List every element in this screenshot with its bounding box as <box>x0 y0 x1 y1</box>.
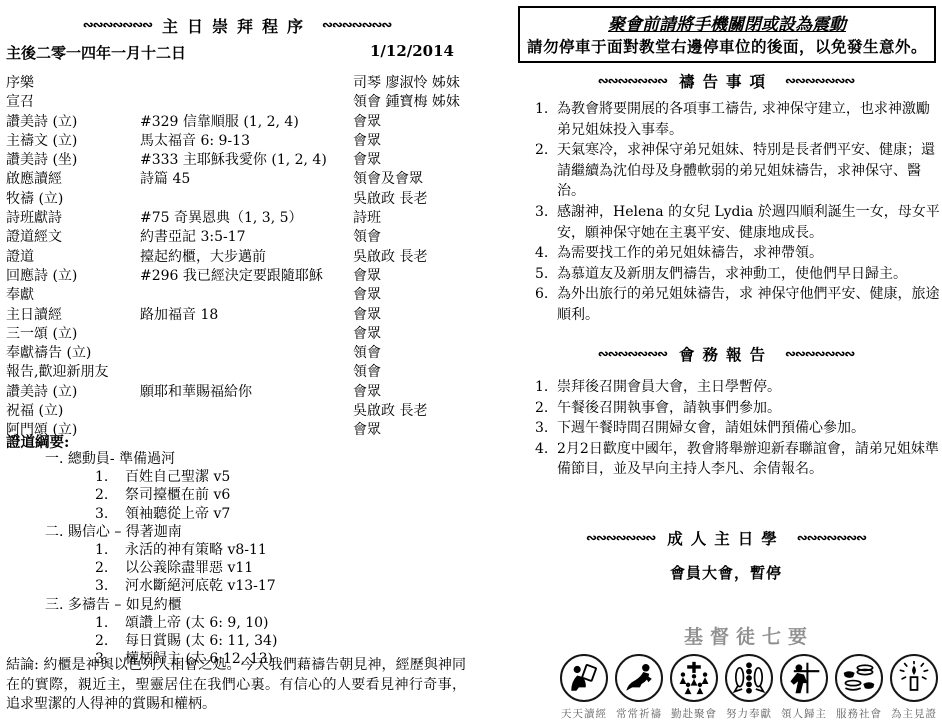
program-detail <box>140 344 353 363</box>
prayer-item: 4.為需要找工作的弟兄姐妹禱告，求神帶領。 <box>512 243 940 264</box>
sunday-school-header-text: 成人主日學 <box>667 527 785 549</box>
outline-subitem-text: 百姓自己聖潔 v5 <box>125 469 230 485</box>
outline-subitem: 2.以公義除盡罪惡 v11 <box>6 559 468 577</box>
program-detail <box>140 421 353 440</box>
witness-icon <box>890 654 938 702</box>
program-row: 牧禱 (立)吳啟政 長老 <box>6 190 468 209</box>
program-item: 宣召 <box>6 93 140 112</box>
sunday-school-note: 會員大會，暫停 <box>512 562 940 583</box>
report-item-number: 3. <box>535 418 557 439</box>
outline-heading: 一. 總動員- 準備過河 <box>6 450 468 468</box>
program-who: 吳啟政 長老 <box>353 190 468 209</box>
sunday-school-header: ∾∾∾∾∾∾∾ 成人主日學 ∾∾∾∾∾∾∾ <box>512 527 940 549</box>
ornament-chain-icon: ∾∾∾∾∾∾∾ <box>83 18 152 33</box>
seven-essential-item: 領人歸主 <box>778 654 830 721</box>
program-row: 祝福 (立)吳啟政 長老 <box>6 402 468 421</box>
prayer-item-number: 2. <box>535 140 557 202</box>
outline-subitem: 1.頌讚上帝 (太 6: 9, 10) <box>6 614 468 632</box>
outline-heading: 三. 多禱告 – 如見約櫃 <box>6 596 468 614</box>
program-row: 讚美詩 (立)#329 信靠順服 (1, 2, 4)會眾 <box>6 113 468 132</box>
program-who: 領會及會眾 <box>353 170 468 189</box>
program-item: 啟應讀經 <box>6 170 140 189</box>
ornament-chain-icon: ∾∾∾∾∾∾∾ <box>785 74 854 89</box>
date-row: 主後二零一四年一月十二日 1/12/2014 <box>6 42 468 63</box>
program-detail: 詩篇 45 <box>140 170 353 189</box>
program-who: 會眾 <box>353 286 468 305</box>
program-detail <box>140 93 353 112</box>
sermon-outline-title: 證道綱要: <box>6 431 69 452</box>
program-detail: 路加福音 18 <box>140 306 353 325</box>
prayer-item-text: 為需要找工作的弟兄姐妹禱告，求神帶領。 <box>557 243 940 264</box>
date-numeric: 1/12/2014 <box>370 42 454 63</box>
outline-subitem-number: 1. <box>95 541 125 559</box>
program-row: 主禱文 (立)馬太福音 6: 9-13會眾 <box>6 132 468 151</box>
program-row: 報告,歡迎新朋友領會 <box>6 363 468 382</box>
report-item-number: 2. <box>535 398 557 419</box>
program-detail: #75 奇異恩典（1, 3, 5） <box>140 209 353 228</box>
ornament-chain-icon: ∾∾∾∾∾∾∾ <box>598 74 667 89</box>
outline-subitem: 3.河水斷絕河底乾 v13-17 <box>6 577 468 595</box>
seven-essential-item: 常常祈禱 <box>613 654 665 721</box>
seven-essential-label: 天天讀經 <box>561 706 607 721</box>
program-detail <box>140 402 353 421</box>
report-item-text: 崇拜後召開會員大會，主日學暫停。 <box>557 377 940 398</box>
outline-subitem-text: 永活的神有策略 v8-11 <box>125 542 267 558</box>
program-item: 祝福 (立) <box>6 402 140 421</box>
service-icon <box>835 654 883 702</box>
parking-notice: 請勿停車于面對教堂右邊停車位的後面，以免發生意外。 <box>524 35 930 57</box>
outline-subitem-text: 領袖聽從上帝 v7 <box>125 506 230 522</box>
program-detail: 馬太福音 6: 9-13 <box>140 132 353 151</box>
program-detail: 約書亞記 3:5-17 <box>140 228 353 247</box>
prayer-item-text: 為慕道友及新朋友們禱告，求神動工，使他們早日歸主。 <box>557 264 940 285</box>
outline-subitem-text: 每日賞賜 (太 6: 11, 34) <box>125 633 277 649</box>
program-row: 讚美詩 (坐)#333 主耶穌我愛你 (1, 2, 4)會眾 <box>6 151 468 170</box>
seven-essential-label: 努力奉獻 <box>726 706 772 721</box>
program-item: 主日讀經 <box>6 306 140 325</box>
program-who: 會眾 <box>353 325 468 344</box>
seven-essential-label: 為主見證 <box>891 706 937 721</box>
outline-subitem: 1.永活的神有策略 v8-11 <box>6 541 468 559</box>
prayer-item-text: 感謝神，Helena 的女兒 Lydia 於週四順利誕生一女，母女平安，願神保守… <box>557 202 940 243</box>
report-item-text: 下週午餐時間召開婦女會，請姐妹們預備心參加。 <box>557 418 940 439</box>
ornament-chain-icon: ∾∾∾∾∾∾∾ <box>797 531 866 546</box>
ornament-chain-icon: ∾∾∾∾∾∾∾ <box>322 18 391 33</box>
outline-subitem-text: 以公義除盡罪惡 v11 <box>125 560 253 576</box>
outline-subitem-number: 2. <box>95 559 125 577</box>
prayer-item: 1.為教會將要開展的各項事工禱告, 求神保守建立，也求神激勵弟兄姐妹投入事奉。 <box>512 99 940 140</box>
seven-essential-item: 勤赴聚會 <box>668 654 720 721</box>
program-item: 奉獻 <box>6 286 140 305</box>
program-row: 序樂司琴 廖淑怜 姊妹 <box>6 74 468 93</box>
program-who: 詩班 <box>353 209 468 228</box>
church-bulletin-page: { "ornament_chain": "∾∾∾∾∾∾∾", "colors":… <box>0 0 942 725</box>
report-item-number: 4. <box>535 439 557 480</box>
bulletin-title-row: ∾∾∾∾∾∾∾ 主日崇拜程序 ∾∾∾∾∾∾∾ <box>6 14 468 37</box>
report-header-text: 會務報告 <box>679 343 773 365</box>
notice-box: 聚會前請將手機關閉或設為震動 請勿停車于面對教堂右邊停車位的後面，以免發生意外。 <box>518 6 936 63</box>
program-detail: #296 我已經決定要跟隨耶穌 <box>140 267 353 286</box>
program-row: 詩班獻詩#75 奇異恩典（1, 3, 5）詩班 <box>6 209 468 228</box>
prayer-item: 5.為慕道友及新朋友們禱告，求神動工，使他們早日歸主。 <box>512 264 940 285</box>
outline-subitem-number: 2. <box>95 632 125 650</box>
program-who: 會眾 <box>353 306 468 325</box>
program-row: 阿門頌 (立)會眾 <box>6 421 468 440</box>
program-row: 證道經文約書亞記 3:5-17領會 <box>6 228 468 247</box>
report-section-header: ∾∾∾∾∾∾∾ 會務報告 ∾∾∾∾∾∾∾ <box>512 343 940 365</box>
outline-subitem: 3.領袖聽從上帝 v7 <box>6 505 468 523</box>
prayer-header-text: 禱告事項 <box>679 70 773 92</box>
program-item: 讚美詩 (坐) <box>6 151 140 170</box>
program-who: 領會 鍾寶梅 姊妹 <box>353 93 468 112</box>
program-item: 序樂 <box>6 74 140 93</box>
program-item: 奉獻禱告 (立) <box>6 344 140 363</box>
program-row: 奉獻禱告 (立)領會 <box>6 344 468 363</box>
outline-subitem-text: 河水斷絕河底乾 v13-17 <box>125 578 276 594</box>
seven-essential-item: 天天讀經 <box>558 654 610 721</box>
program-item: 三一頌 (立) <box>6 325 140 344</box>
program-row: 讚美詩 (立)願耶和華賜福給你會眾 <box>6 383 468 402</box>
prayer-item-text: 為外出旅行的弟兄姐妹禱告，求 神保守他們平安、健康，旅途順利。 <box>557 284 940 325</box>
prayer-item: 3.感謝神，Helena 的女兒 Lydia 於週四順利誕生一女，母女平安，願神… <box>512 202 940 243</box>
program-who: 領會 <box>353 363 468 382</box>
outline-subitem-number: 3. <box>95 505 125 523</box>
outline-subitem-number: 3. <box>95 577 125 595</box>
seven-essential-label: 領人歸主 <box>781 706 827 721</box>
outline-subitem: 2.每日賞賜 (太 6: 11, 34) <box>6 632 468 650</box>
outline-subitem-text: 頌讚上帝 (太 6: 9, 10) <box>125 615 269 631</box>
ornament-chain-icon: ∾∾∾∾∾∾∾ <box>586 531 655 546</box>
program-item: 報告,歡迎新朋友 <box>6 363 140 382</box>
prayer-item-number: 5. <box>535 264 557 285</box>
gathering-icon <box>670 654 718 702</box>
report-item: 3.下週午餐時間召開婦女會，請姐妹們預備心參加。 <box>512 418 940 439</box>
program-row: 主日讀經路加福音 18會眾 <box>6 306 468 325</box>
program-detail <box>140 286 353 305</box>
seven-essentials-title: 基督徒七要 <box>558 622 940 649</box>
prayer-item: 6.為外出旅行的弟兄姐妹禱告，求 神保守他們平安、健康，旅途順利。 <box>512 284 940 325</box>
prayer-items-list: 1.為教會將要開展的各項事工禱告, 求神保守建立，也求神激勵弟兄姐妹投入事奉。2… <box>512 99 940 326</box>
program-who: 會眾 <box>353 151 468 170</box>
program-item: 主禱文 (立) <box>6 132 140 151</box>
prayer-item-number: 6. <box>535 284 557 325</box>
program-detail <box>140 363 353 382</box>
seven-essential-item: 努力奉獻 <box>723 654 775 721</box>
program-item: 牧禱 (立) <box>6 190 140 209</box>
program-who: 會眾 <box>353 267 468 286</box>
outline-subitem: 2.祭司擡櫃在前 v6 <box>6 486 468 504</box>
program-row: 回應詩 (立)#296 我已經決定要跟隨耶穌會眾 <box>6 267 468 286</box>
program-detail: 願耶和華賜福給你 <box>140 383 353 402</box>
outline-subitem: 1.百姓自己聖潔 v5 <box>6 468 468 486</box>
report-item-text: 午餐後召開執事會，請執事們參加。 <box>557 398 940 419</box>
seven-essentials-block: 基督徒七要 天天讀經常常祈禱勤赴聚會努力奉獻領人歸主服務社會為主見證 <box>558 622 940 721</box>
program-who: 會眾 <box>353 132 468 151</box>
prayer-item-text: 天氣寒冷，求神保守弟兄姐妹、特別是長者們平安、健康；還請繼續為沈伯母及身體軟弱的… <box>557 140 940 202</box>
program-row: 啟應讀經詩篇 45領會及會眾 <box>6 170 468 189</box>
report-items-list: 1.崇拜後召開會員大會，主日學暫停。2.午餐後召開執事會，請執事們參加。3.下週… <box>512 377 940 480</box>
report-item: 4.2月2日歡度中國年，教會將舉辦迎新春聯誼會，請弟兄姐妹準備節目，並及早向主持… <box>512 439 940 480</box>
outline-heading: 二. 賜信心 – 得著迦南 <box>6 523 468 541</box>
program-who: 吳啟政 長老 <box>353 402 468 421</box>
reading-icon <box>560 654 608 702</box>
program-row: 證道擡起約櫃，大步邁前吳啟政 長老 <box>6 248 468 267</box>
program-row: 三一頌 (立)會眾 <box>6 325 468 344</box>
seven-essential-label: 常常祈禱 <box>616 706 662 721</box>
program-item: 證道 <box>6 248 140 267</box>
phone-notice: 聚會前請將手機關閉或設為震動 <box>524 10 930 35</box>
program-item: 讚美詩 (立) <box>6 383 140 402</box>
seven-essential-label: 服務社會 <box>836 706 882 721</box>
page-title: 主日崇拜程序 <box>162 14 312 37</box>
seven-essential-label: 勤赴聚會 <box>671 706 717 721</box>
program-who: 領會 <box>353 344 468 363</box>
program-item: 證道經文 <box>6 228 140 247</box>
program-who: 會眾 <box>353 383 468 402</box>
program-who: 會眾 <box>353 113 468 132</box>
prayer-item: 2.天氣寒冷，求神保守弟兄姐妹、特別是長者們平安、健康；還請繼續為沈伯母及身體軟… <box>512 140 940 202</box>
program-row: 宣召領會 鍾寶梅 姊妹 <box>6 93 468 112</box>
prayer-item-number: 1. <box>535 99 557 140</box>
offering-icon <box>725 654 773 702</box>
report-item-text: 2月2日歡度中國年，教會將舉辦迎新春聯誼會，請弟兄姐妹準備節目，並及早向主持人李… <box>557 439 940 480</box>
ornament-chain-icon: ∾∾∾∾∾∾∾ <box>785 347 854 362</box>
date-chinese: 主後二零一四年一月十二日 <box>6 42 186 63</box>
report-item: 2.午餐後召開執事會，請執事們參加。 <box>512 398 940 419</box>
prayer-item-text: 為教會將要開展的各項事工禱告, 求神保守建立，也求神激勵弟兄姐妹投入事奉。 <box>557 99 940 140</box>
outline-subitem-number: 2. <box>95 486 125 504</box>
outline-subitem-number: 1. <box>95 468 125 486</box>
evangelism-icon <box>780 654 828 702</box>
ornament-chain-icon: ∾∾∾∾∾∾∾ <box>598 347 667 362</box>
program-detail: 擡起約櫃，大步邁前 <box>140 248 353 267</box>
prayer-item-number: 3. <box>535 202 557 243</box>
outline-subitem-text: 祭司擡櫃在前 v6 <box>125 487 230 503</box>
prayer-item-number: 4. <box>535 243 557 264</box>
program-item: 讚美詩 (立) <box>6 113 140 132</box>
program-detail: #329 信靠順服 (1, 2, 4) <box>140 113 353 132</box>
seven-essentials-row: 天天讀經常常祈禱勤赴聚會努力奉獻領人歸主服務社會為主見證 <box>558 654 940 721</box>
program-list: 序樂司琴 廖淑怜 姊妹宣召領會 鍾寶梅 姊妹讚美詩 (立)#329 信靠順服 (… <box>6 74 468 441</box>
sermon-outline: 一. 總動員- 準備過河1.百姓自己聖潔 v52.祭司擡櫃在前 v63.領袖聽從… <box>6 450 468 668</box>
program-who: 領會 <box>353 228 468 247</box>
sermon-conclusion: 結論: 約櫃是神與以色列人相會之処。今天我們藉禱告朝見神，經歷與神同在的實際，親… <box>6 656 466 715</box>
program-who: 吳啟政 長老 <box>353 248 468 267</box>
seven-essential-item: 為主見證 <box>888 654 940 721</box>
outline-subitem-number: 1. <box>95 614 125 632</box>
program-detail <box>140 74 353 93</box>
program-detail: #333 主耶穌我愛你 (1, 2, 4) <box>140 151 353 170</box>
program-item: 回應詩 (立) <box>6 267 140 286</box>
program-row: 奉獻會眾 <box>6 286 468 305</box>
prayer-section-header: ∾∾∾∾∾∾∾ 禱告事項 ∾∾∾∾∾∾∾ <box>512 70 940 92</box>
program-who: 司琴 廖淑怜 姊妹 <box>353 74 468 93</box>
report-item: 1.崇拜後召開會員大會，主日學暫停。 <box>512 377 940 398</box>
program-detail <box>140 190 353 209</box>
seven-essential-item: 服務社會 <box>833 654 885 721</box>
program-item: 詩班獻詩 <box>6 209 140 228</box>
program-who: 會眾 <box>353 421 468 440</box>
report-item-number: 1. <box>535 377 557 398</box>
praying-icon <box>615 654 663 702</box>
program-detail <box>140 325 353 344</box>
